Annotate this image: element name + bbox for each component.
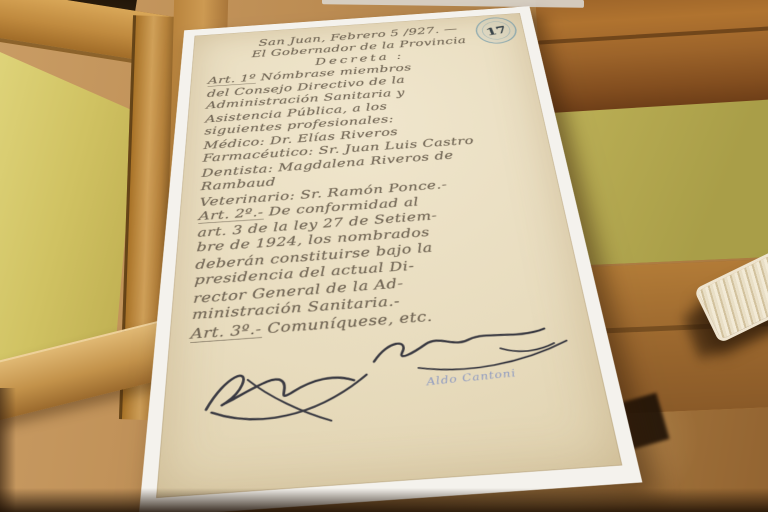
underlined-article-label: Art. 3º.-	[190, 321, 262, 343]
signature-right: Aldo Cantoni	[363, 320, 577, 392]
manuscript-text: San Juan, Febrero 5 /927. —El Gobernador…	[190, 20, 567, 343]
left-edge-shadow	[0, 388, 16, 512]
wood-beam-top-right	[534, 0, 768, 113]
signature-left	[189, 350, 393, 441]
wood-groove	[538, 25, 768, 44]
photo-scene: 17 San Juan, Febrero 5 /927. —El Goberna…	[0, 0, 768, 512]
